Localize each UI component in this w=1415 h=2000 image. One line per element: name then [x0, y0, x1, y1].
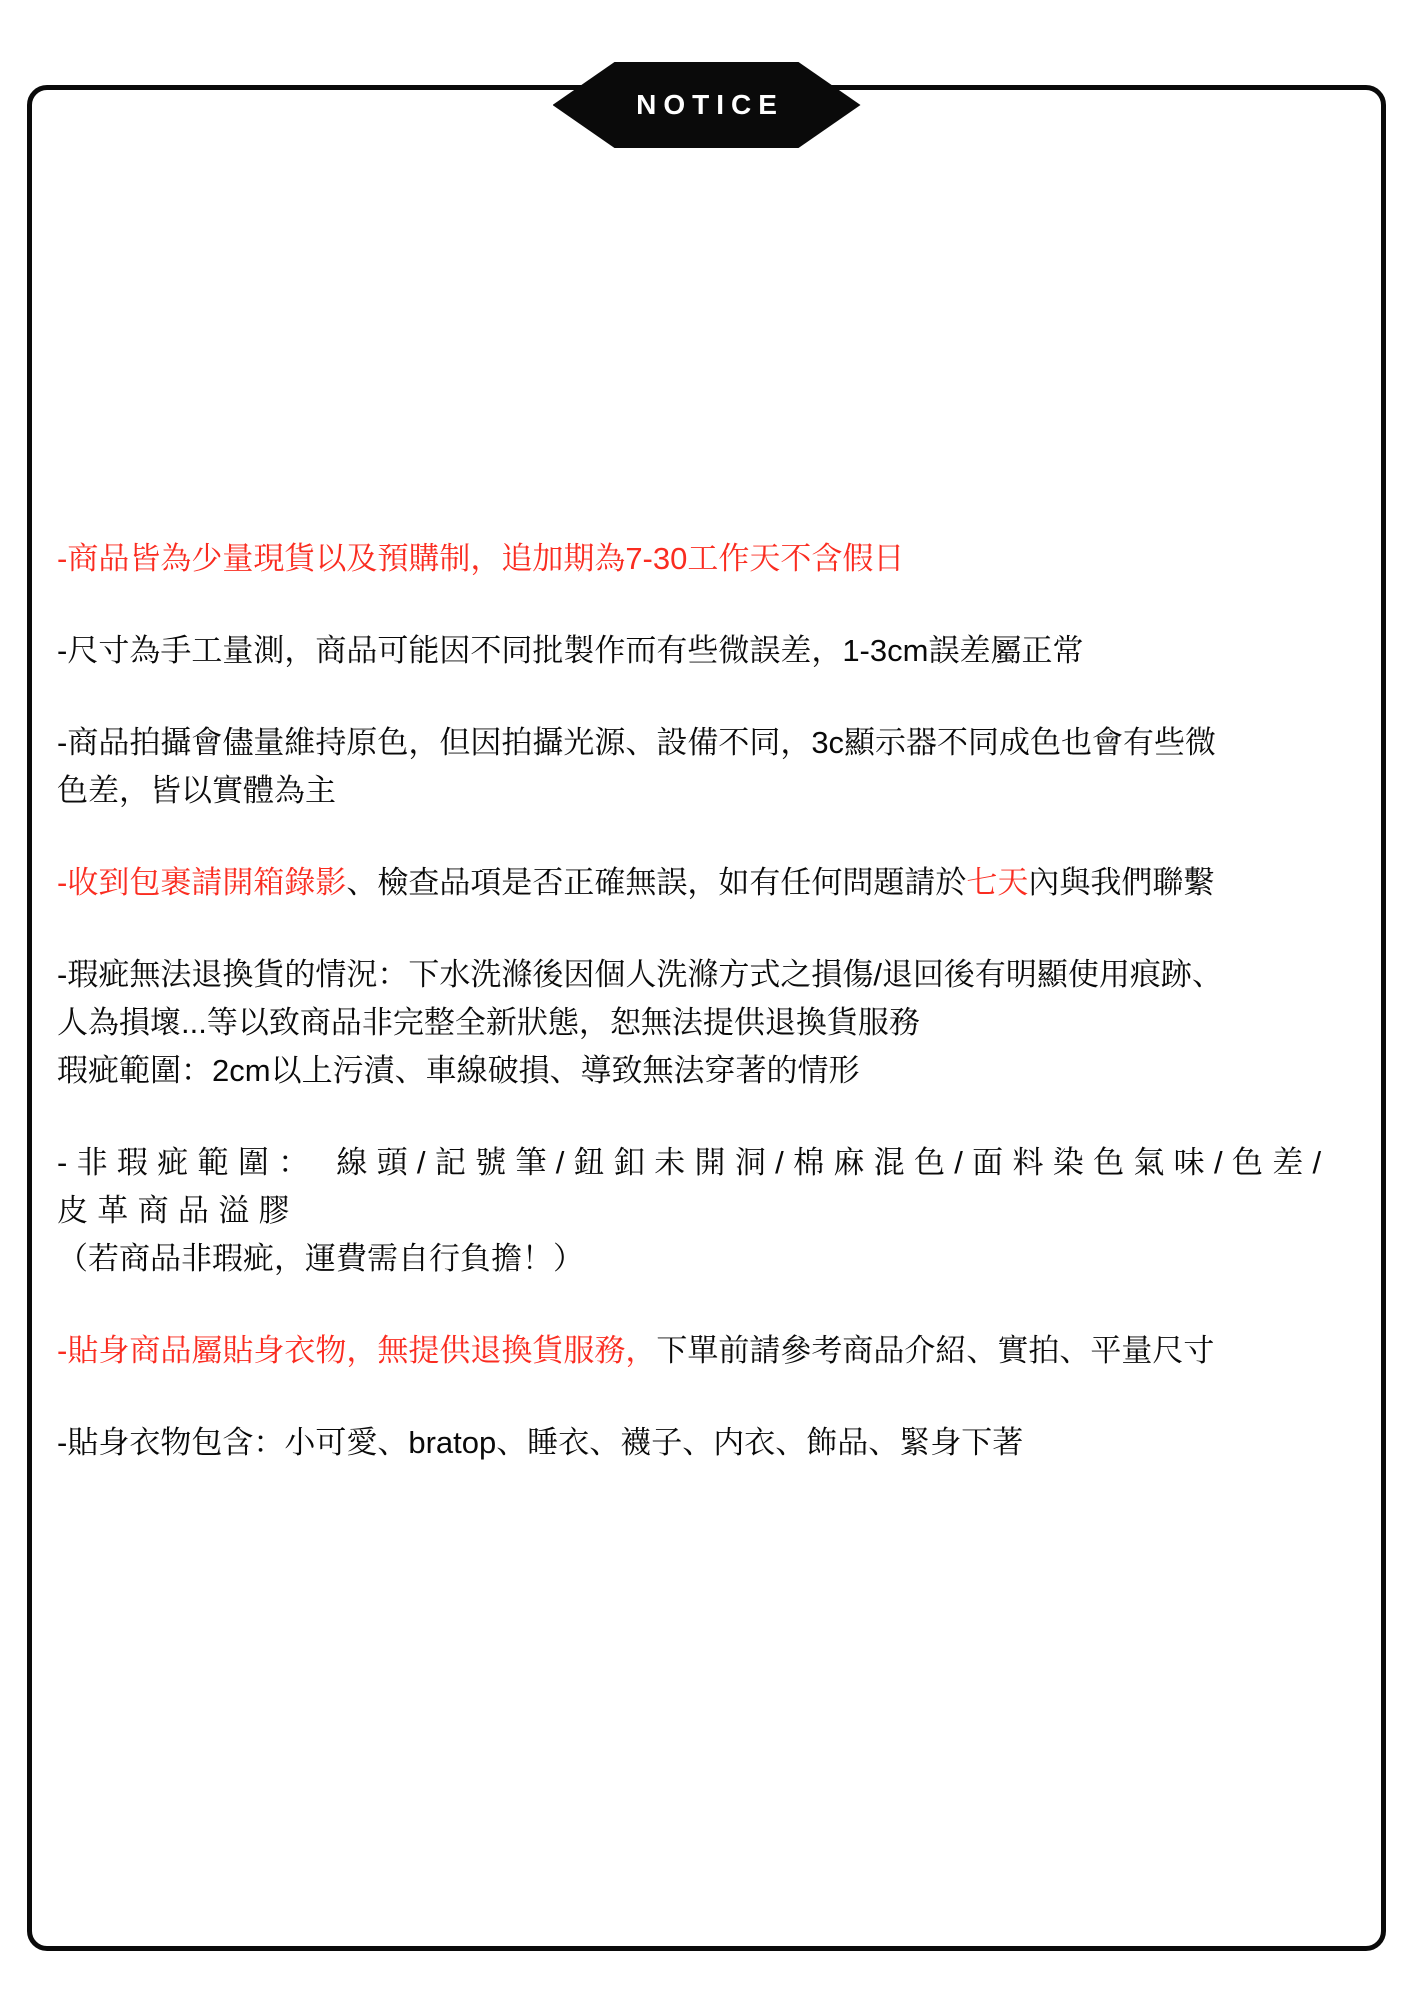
- notice-paragraph: -貼身商品屬貼身衣物，無提供退換貨服務，下單前請參考商品介紹、實拍、平量尺寸: [57, 1327, 1355, 1375]
- text-segment: 皮革商品溢膠: [57, 1193, 299, 1228]
- text-line: -非瑕疵範圍： 線頭/記號筆/鈕釦未開洞/棉麻混色/面料染色氣味/色差/: [57, 1139, 1355, 1187]
- notice-border-box: NOTICE -商品皆為少量現貨以及預購制，追加期為7-30工作天不含假日 -尺…: [27, 85, 1386, 1951]
- notice-paragraph: -尺寸為手工量測，商品可能因不同批製作而有些微誤差，1-3cm誤差屬正常: [57, 627, 1355, 675]
- page: NOTICE -商品皆為少量現貨以及預購制，追加期為7-30工作天不含假日 -尺…: [0, 0, 1415, 2000]
- text-line: （若商品非瑕疵，運費需自行負擔！）: [57, 1235, 1355, 1283]
- text-line: -貼身商品屬貼身衣物，無提供退換貨服務，下單前請參考商品介紹、實拍、平量尺寸: [57, 1327, 1355, 1375]
- notice-text-block: -商品皆為少量現貨以及預購制，追加期為7-30工作天不含假日 -尺寸為手工量測，…: [32, 90, 1381, 1511]
- text-line: 瑕疵範圍：2cm以上污漬、車線破損、導致無法穿著的情形: [57, 1047, 1355, 1095]
- text-line: 色差，皆以實體為主: [57, 767, 1355, 815]
- text-segment: -瑕疵無法退換貨的情況：下水洗滌後因個人洗滌方式之損傷/退回後有明顯使用痕跡、: [57, 957, 1223, 992]
- notice-paragraph: -非瑕疵範圍： 線頭/記號筆/鈕釦未開洞/棉麻混色/面料染色氣味/色差/ 皮革商…: [57, 1139, 1355, 1283]
- text-segment: 內與我們聯繫: [1028, 865, 1214, 900]
- text-segment: -非瑕疵範圍： 線頭/記號筆/鈕釦未開洞/棉麻混色/面料染色氣味/色差/: [57, 1145, 1330, 1180]
- notice-paragraph: -商品拍攝會儘量維持原色，但因拍攝光源、設備不同，3c顯示器不同成色也會有些微 …: [57, 719, 1355, 815]
- text-segment: 人為損壞...等以致商品非完整全新狀態，恕無法提供退換貨服務: [57, 1005, 920, 1040]
- text-line: -收到包裹請開箱錄影、檢查品項是否正確無誤，如有任何問題請於七天內與我們聯繫: [57, 859, 1355, 907]
- text-line: 皮革商品溢膠: [57, 1187, 1355, 1235]
- notice-paragraph: -收到包裹請開箱錄影、檢查品項是否正確無誤，如有任何問題請於七天內與我們聯繫: [57, 859, 1355, 907]
- notice-paragraph: -貼身衣物包含：小可愛、bratop、睡衣、襪子、内衣、飾品、緊身下著: [57, 1419, 1355, 1467]
- text-segment: 色差，皆以實體為主: [57, 773, 336, 808]
- notice-paragraph: -商品皆為少量現貨以及預購制，追加期為7-30工作天不含假日: [57, 535, 1355, 583]
- text-segment: -貼身衣物包含：小可愛、bratop、睡衣、襪子、内衣、飾品、緊身下著: [57, 1425, 1023, 1460]
- text-segment: （若商品非瑕疵，運費需自行負擔！）: [57, 1241, 584, 1276]
- text-line: -尺寸為手工量測，商品可能因不同批製作而有些微誤差，1-3cm誤差屬正常: [57, 627, 1355, 675]
- text-segment: -尺寸為手工量測，商品可能因不同批製作而有些微誤差，1-3cm誤差屬正常: [57, 633, 1083, 668]
- text-line: -瑕疵無法退換貨的情況：下水洗滌後因個人洗滌方式之損傷/退回後有明顯使用痕跡、: [57, 951, 1355, 999]
- text-line: -商品皆為少量現貨以及預購制，追加期為7-30工作天不含假日: [57, 535, 1355, 583]
- text-segment: 、檢查品項是否正確無誤，如有任何問題請於: [346, 865, 966, 900]
- text-segment: 七天: [966, 865, 1028, 900]
- text-segment: 下單前請參考商品介紹、實拍、平量尺寸: [656, 1333, 1214, 1368]
- text-segment: 瑕疵範圍：2cm以上污漬、車線破損、導致無法穿著的情形: [57, 1053, 860, 1088]
- text-segment: -商品皆為少量現貨以及預購制，追加期為7-30工作天不含假日: [57, 541, 904, 576]
- text-segment: -貼身商品屬貼身衣物，無提供退換貨服務，: [57, 1333, 656, 1368]
- text-segment: -商品拍攝會儘量維持原色，但因拍攝光源、設備不同，3c顯示器不同成色也會有些微: [57, 725, 1216, 760]
- text-line: -商品拍攝會儘量維持原色，但因拍攝光源、設備不同，3c顯示器不同成色也會有些微: [57, 719, 1355, 767]
- text-line: 人為損壞...等以致商品非完整全新狀態，恕無法提供退換貨服務: [57, 999, 1355, 1047]
- text-segment: -收到包裹請開箱錄影: [57, 865, 346, 900]
- notice-paragraph: -瑕疵無法退換貨的情況：下水洗滌後因個人洗滌方式之損傷/退回後有明顯使用痕跡、 …: [57, 951, 1355, 1095]
- text-line: -貼身衣物包含：小可愛、bratop、睡衣、襪子、内衣、飾品、緊身下著: [57, 1419, 1355, 1467]
